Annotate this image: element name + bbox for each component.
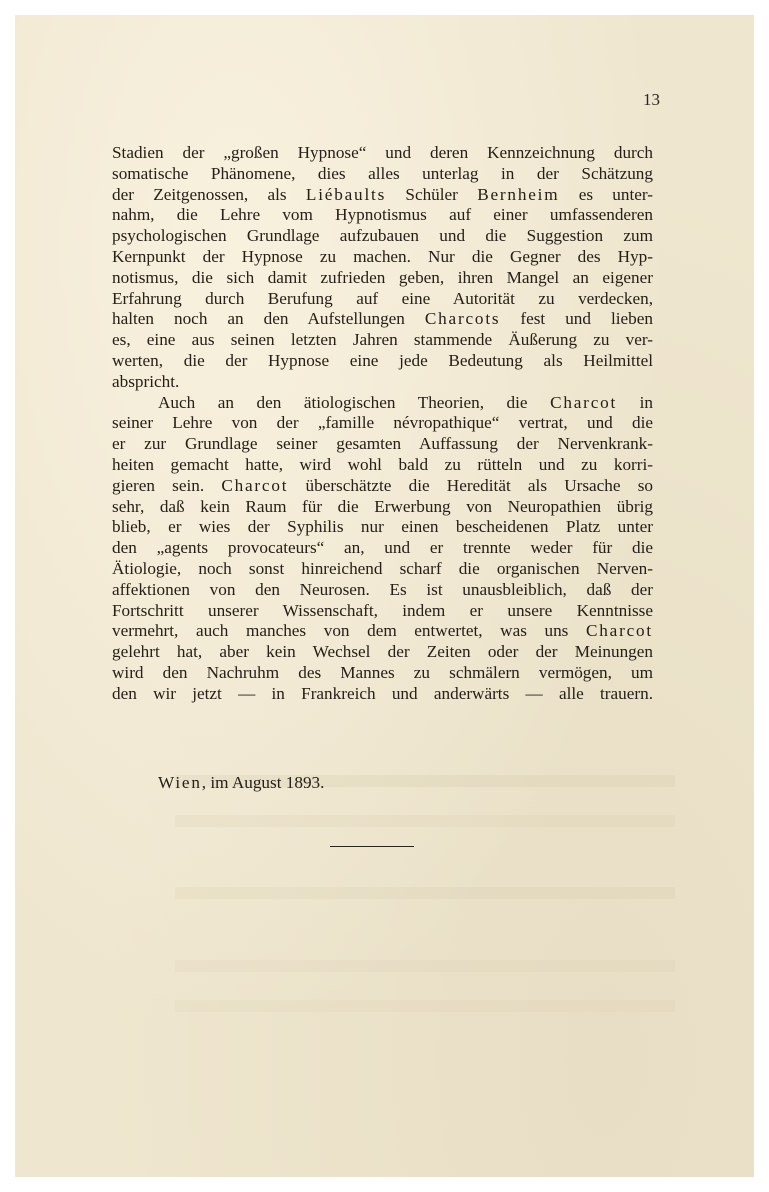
text-line: halten noch an den Aufstellungen Charcot…	[112, 309, 653, 330]
bleed-through-shadow	[175, 960, 675, 972]
text-run: werten, die der Hypnose eine jede Bedeut…	[112, 351, 653, 370]
text-line: heiten gemacht hatte, wird wohl bald zu …	[112, 455, 653, 476]
text-run: Fortschritt unserer Wissenschaft, indem …	[112, 601, 653, 620]
text-line: blieb, er wies der Syphilis nur einen be…	[112, 517, 653, 538]
text-run: gieren sein.	[112, 476, 221, 495]
bleed-through-shadow	[175, 1000, 675, 1012]
text-run: Stadien der „großen Hypnose“ und deren K…	[112, 143, 653, 162]
emphasized-name: Liébaults	[306, 185, 386, 204]
text-run: notismus, die sich damit zufrieden geben…	[112, 268, 653, 287]
page-number: 13	[620, 90, 660, 110]
text-run: der Zeitgenossen, als	[112, 185, 306, 204]
emphasized-name: Charcot	[586, 621, 653, 640]
text-line: gieren sein. Charcot überschätzte die He…	[112, 476, 653, 497]
text-line: seiner Lehre von der „famille névropathi…	[112, 413, 653, 434]
text-line: Fortschritt unserer Wissenschaft, indem …	[112, 601, 653, 622]
text-run: abspricht.	[112, 372, 179, 391]
text-line: sehr, daß kein Raum für die Erwerbung vo…	[112, 497, 653, 518]
emphasized-name: Charcot	[221, 476, 288, 495]
text-run: nahm, die Lehre vom Hypnotismus auf eine…	[112, 205, 653, 224]
text-line: er zur Grundlage seiner gesamten Auffass…	[112, 434, 653, 455]
text-run: überschätzte die Heredität als Ursache s…	[288, 476, 653, 495]
dateline-place: Wien	[158, 773, 202, 792]
text-run: Schüler	[386, 185, 477, 204]
text-line: wird den Nachruhm des Mannes zu schmäler…	[112, 663, 653, 684]
text-run: blieb, er wies der Syphilis nur einen be…	[112, 517, 653, 536]
text-line: den „agents provocateurs“ an, und er tre…	[112, 538, 653, 559]
text-run: seiner Lehre von der „famille névropathi…	[112, 413, 653, 432]
bleed-through-shadow	[175, 815, 675, 827]
text-line: der Zeitgenossen, als Liébaults Schüler …	[112, 185, 653, 206]
text-run: fest und lieben	[500, 309, 653, 328]
text-run: heiten gemacht hatte, wird wohl bald zu …	[112, 455, 653, 474]
text-run: er zur Grundlage seiner gesamten Auffass…	[112, 434, 653, 453]
text-line: nahm, die Lehre vom Hypnotismus auf eine…	[112, 205, 653, 226]
paragraph-1: Stadien der „großen Hypnose“ und deren K…	[112, 143, 653, 393]
text-line: Erfahrung durch Berufung auf eine Autori…	[112, 289, 653, 310]
text-run: Ätiologie, noch sonst hinreichend scharf…	[112, 559, 653, 578]
text-run: sehr, daß kein Raum für die Erwerbung vo…	[112, 497, 653, 516]
text-line: notismus, die sich damit zufrieden geben…	[112, 268, 653, 289]
emphasized-name: Bernheim	[477, 185, 559, 204]
text-line: den wir jetzt — in Frankreich und anderw…	[112, 684, 653, 705]
text-line: somatische Phänomene, dies alles unterla…	[112, 164, 653, 185]
text-line: abspricht.	[112, 372, 653, 393]
text-run: affektionen von den Neurosen. Es ist una…	[112, 580, 653, 599]
text-run: wird den Nachruhm des Mannes zu schmäler…	[112, 663, 653, 682]
text-run: psychologischen Grundlage aufzubauen und…	[112, 226, 653, 245]
text-run: somatische Phänomene, dies alles unterla…	[112, 164, 653, 183]
text-run: Erfahrung durch Berufung auf eine Autori…	[112, 289, 653, 308]
text-run: den wir jetzt — in Frankreich und anderw…	[112, 684, 653, 703]
text-line: vermehrt, auch manches von dem entwertet…	[112, 621, 653, 642]
text-run: den „agents provocateurs“ an, und er tre…	[112, 538, 653, 557]
text-line: psychologischen Grundlage aufzubauen und…	[112, 226, 653, 247]
text-run: vermehrt, auch manches von dem entwertet…	[112, 621, 586, 640]
text-line: werten, die der Hypnose eine jede Bedeut…	[112, 351, 653, 372]
text-line: Kernpunkt der Hypnose zu machen. Nur die…	[112, 247, 653, 268]
text-run: gelehrt hat, aber kein Wechsel der Zeite…	[112, 642, 653, 661]
text-run: Auch an den ätiologischen Theorien, die	[158, 393, 550, 412]
emphasized-name: Charcot	[550, 393, 617, 412]
emphasized-name: Charcots	[425, 309, 501, 328]
dateline-date: , im August 1893.	[202, 773, 325, 792]
text-run: halten noch an den Aufstellungen	[112, 309, 425, 328]
text-line: gelehrt hat, aber kein Wechsel der Zeite…	[112, 642, 653, 663]
paragraph-2: Auch an den ätiologischen Theorien, die …	[112, 393, 653, 705]
text-line: es, eine aus seinen letzten Jahren stamm…	[112, 330, 653, 351]
text-run: es unter-	[559, 185, 653, 204]
text-run: Kernpunkt der Hypnose zu machen. Nur die…	[112, 247, 653, 266]
text-line: Stadien der „großen Hypnose“ und deren K…	[112, 143, 653, 164]
text-run: es, eine aus seinen letzten Jahren stamm…	[112, 330, 653, 349]
text-line: affektionen von den Neurosen. Es ist una…	[112, 580, 653, 601]
text-line: Ätiologie, noch sonst hinreichend scharf…	[112, 559, 653, 580]
text-run: in	[617, 393, 653, 412]
dateline: Wien, im August 1893.	[158, 773, 324, 793]
body-text: Stadien der „großen Hypnose“ und deren K…	[112, 143, 653, 705]
text-line: Auch an den ätiologischen Theorien, die …	[112, 393, 653, 414]
bleed-through-shadow	[175, 887, 675, 899]
section-end-rule	[330, 846, 414, 847]
